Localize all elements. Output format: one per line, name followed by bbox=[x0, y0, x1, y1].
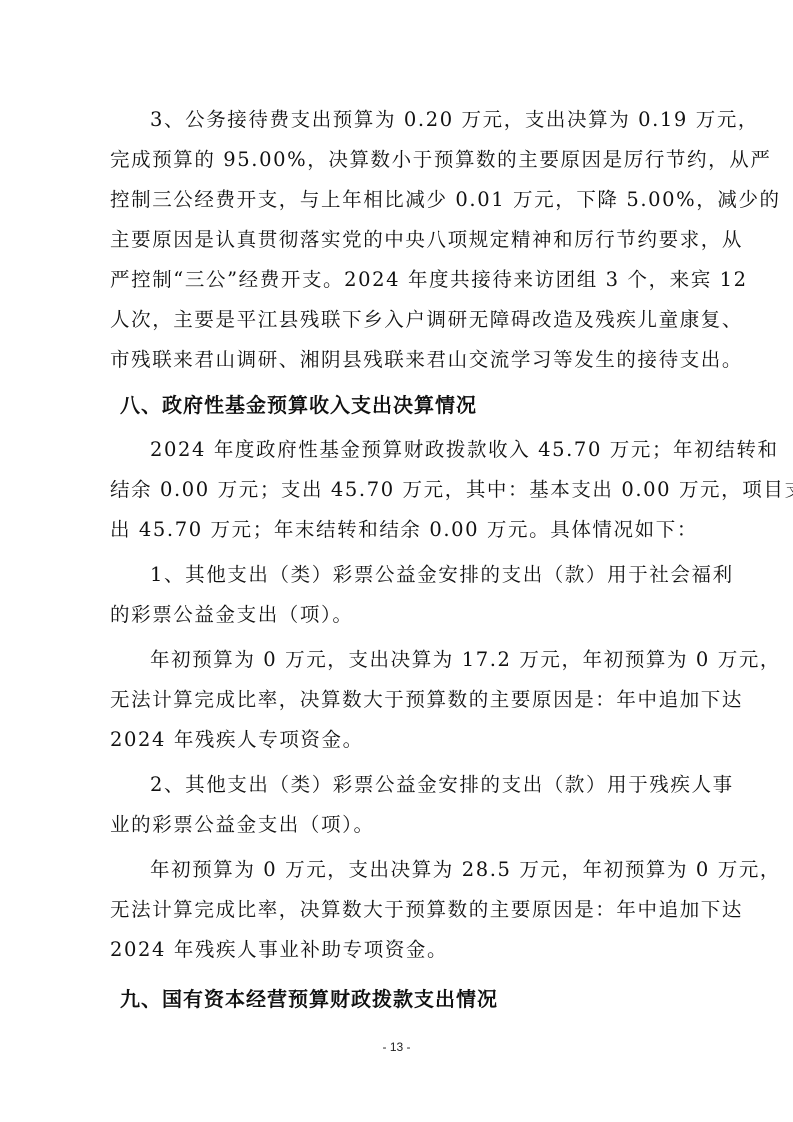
document-page: 3、公务接待费支出预算为 0.20 万元，支出决算为 0.19 万元， 完成预算… bbox=[0, 0, 793, 1122]
text-line: 2024 年残疾人事业补助专项资金。 bbox=[110, 937, 700, 963]
text-line: 完成预算的 95.00%，决算数小于预算数的主要原因是厉行节约，从严 bbox=[110, 147, 700, 173]
text-line: 出 45.70 万元；年末结转和结余 0.00 万元。具体情况如下： bbox=[110, 517, 700, 543]
text-line: 严控制“三公”经费开支。2024 年度共接待来访团组 3 个，来宾 12 bbox=[110, 267, 700, 293]
text-line: 2、其他支出（类）彩票公益金安排的支出（款）用于残疾人事 bbox=[150, 772, 700, 798]
text-line: 2024 年残疾人专项资金。 bbox=[110, 727, 700, 753]
text-line: 业的彩票公益金支出（项）。 bbox=[110, 812, 700, 838]
text-line: 3、公务接待费支出预算为 0.20 万元，支出决算为 0.19 万元， bbox=[150, 107, 700, 133]
section-heading-8: 八、政府性基金预算收入支出决算情况 bbox=[120, 392, 710, 418]
text-line: 年初预算为 0 万元，支出决算为 17.2 万元，年初预算为 0 万元， bbox=[150, 647, 700, 673]
section-heading-9: 九、国有资本经营预算财政拨款支出情况 bbox=[120, 986, 710, 1012]
text-line: 1、其他支出（类）彩票公益金安排的支出（款）用于社会福利 bbox=[150, 562, 700, 588]
text-line: 结余 0.00 万元；支出 45.70 万元，其中：基本支出 0.00 万元，项… bbox=[110, 477, 700, 503]
text-line: 2024 年度政府性基金预算财政拨款收入 45.70 万元；年初结转和 bbox=[150, 437, 700, 463]
text-line: 市残联来君山调研、湘阴县残联来君山交流学习等发生的接待支出。 bbox=[110, 347, 700, 373]
text-line: 无法计算完成比率，决算数大于预算数的主要原因是：年中追加下达 bbox=[110, 687, 700, 713]
text-line: 人次，主要是平江县残联下乡入户调研无障碍改造及残疾儿童康复、 bbox=[110, 307, 700, 333]
text-line: 的彩票公益金支出（项）。 bbox=[110, 602, 700, 628]
text-line: 主要原因是认真贯彻落实党的中央八项规定精神和厉行节约要求，从 bbox=[110, 227, 700, 253]
text-line: 控制三公经费开支，与上年相比减少 0.01 万元，下降 5.00%，减少的 bbox=[110, 187, 700, 213]
page-number: - 13 - bbox=[0, 1040, 793, 1054]
text-line: 年初预算为 0 万元，支出决算为 28.5 万元，年初预算为 0 万元， bbox=[150, 857, 700, 883]
text-line: 无法计算完成比率，决算数大于预算数的主要原因是：年中追加下达 bbox=[110, 897, 700, 923]
